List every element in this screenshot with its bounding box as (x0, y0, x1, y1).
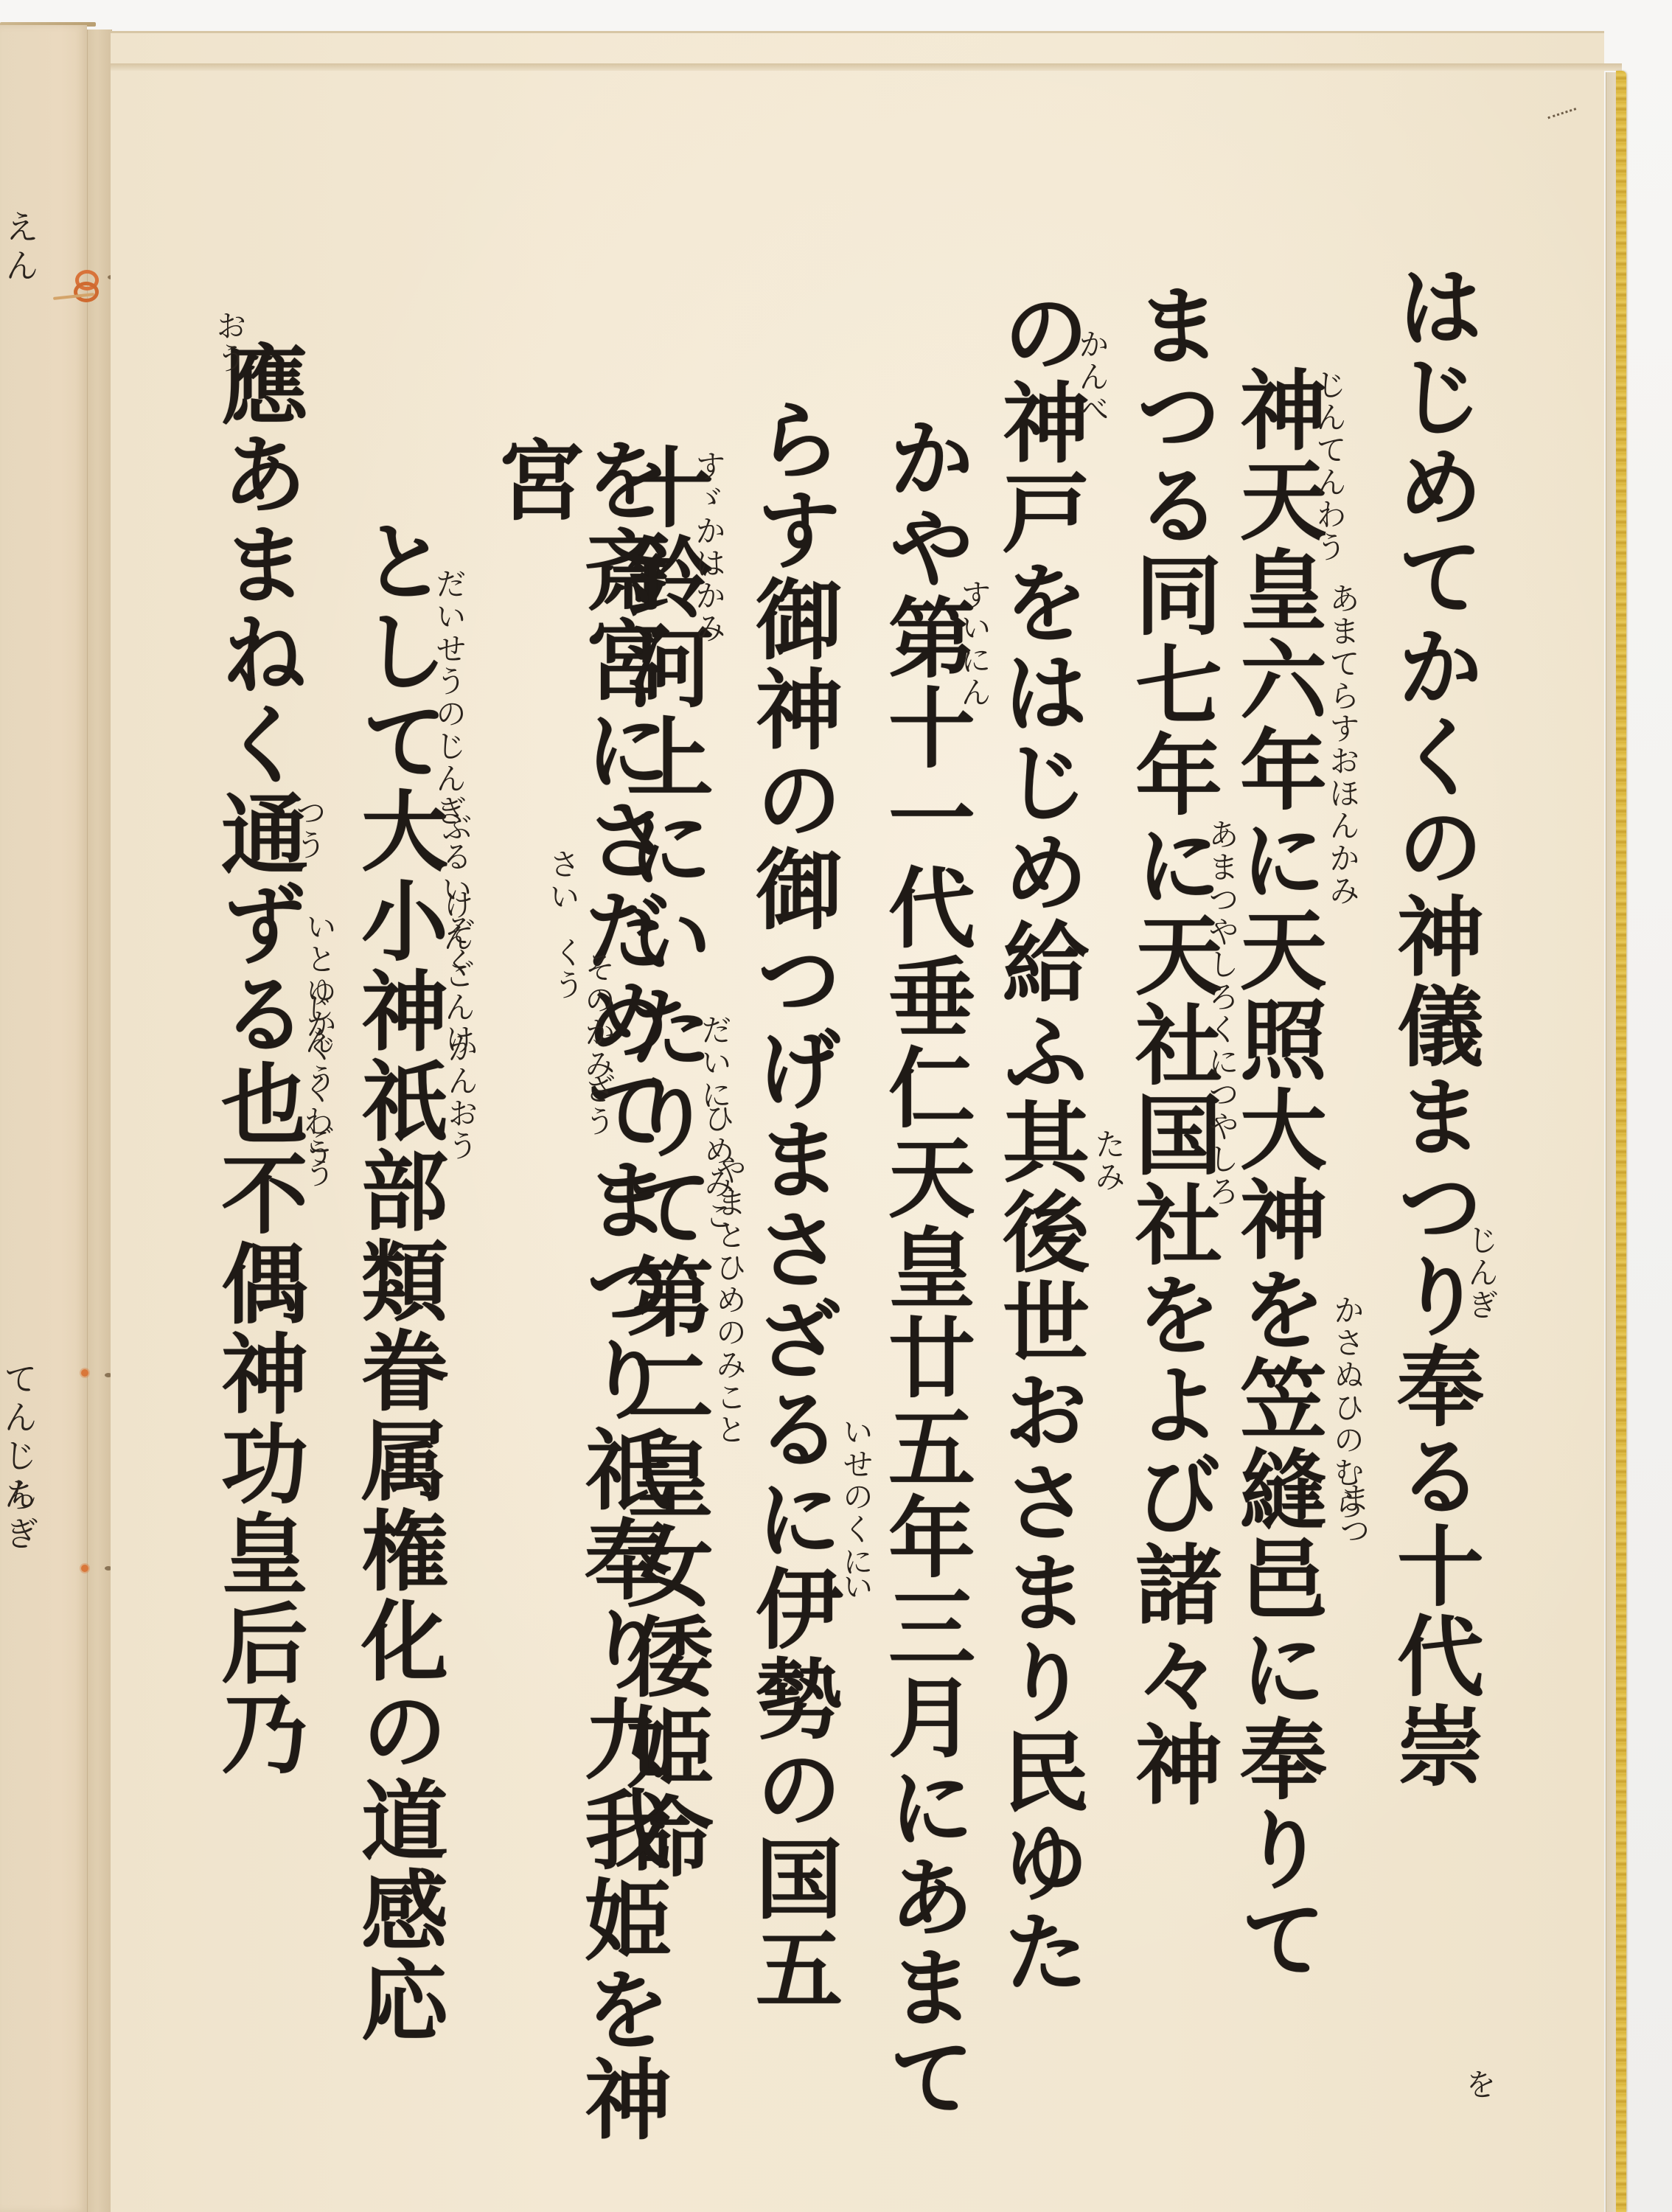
furigana: ざう (582, 1073, 613, 1138)
text-column-3: まつる同七年に天社国社をよび諸々神 (1128, 280, 1215, 1809)
text-column-2: 神天皇六年に天照大神を笠縫邑に奉りて (1233, 365, 1320, 1984)
left-page: えん てんじん ちぎ (0, 25, 87, 2212)
right-page-top-edge (111, 63, 1622, 71)
furigana: まつ (1337, 1482, 1368, 1547)
furigana: すゞかはかみ (693, 450, 724, 644)
binding-thread (81, 1369, 88, 1377)
binding-gutter (87, 29, 112, 2212)
text-column-4: の神戸をはじめ給ふ其後世おさまり民ゆた (995, 288, 1082, 1997)
furigana: じんてんわう (1314, 369, 1345, 563)
furigana: あまつやしろくにつやしろ (1206, 818, 1237, 1208)
furigana: つう (293, 796, 324, 861)
furigana: さい (547, 848, 578, 913)
furigana: たみ (1093, 1128, 1124, 1193)
furigana: そのかみ (582, 951, 613, 1081)
page-fore-edge (1606, 72, 1617, 2212)
text-column-8: を斎宮にさだめてまつり祇奉り九我姫を神宮 (490, 435, 664, 2212)
left-page-furigana: えん (3, 209, 37, 286)
furigana: おう (214, 310, 245, 375)
gold-edge-binding (1616, 71, 1626, 2212)
text-column-10: 應あまねく通ずる也不偶神功皇后乃 (214, 339, 301, 1778)
furigana: じんぎ (1466, 1224, 1497, 1321)
furigana: いせのくに (840, 1416, 871, 1578)
furigana: ごう (302, 1124, 333, 1189)
furigana: やまとひめのみこと (714, 1154, 745, 1446)
furigana: かんおう (445, 1032, 476, 1162)
text-column-5: かや第十一代垂仁天皇廿五年三月にあまて (881, 413, 968, 2122)
furigana: ぶ (439, 811, 470, 844)
text-column-1: はじめてかくの神儀まつり奉る十代崇 (1390, 262, 1477, 1791)
furigana: くう (551, 936, 582, 1001)
furigana: だいせうのじんぎ (433, 568, 464, 827)
furigana: かんべ (1076, 328, 1107, 425)
furigana: あまてらすおほんかみ (1327, 582, 1358, 907)
text-column-9: として大小神祇部類眷属権化の道感応 (354, 516, 441, 2045)
text-column-6: らす御神の御つげまさざるに伊勢の国五 (748, 394, 835, 2014)
left-page-furigana: ちぎ (3, 1478, 37, 1554)
furigana: だいに (699, 1014, 730, 1111)
binding-thread (81, 1565, 88, 1572)
binding-thread-knot (53, 270, 97, 302)
furigana: すいにん (958, 579, 989, 709)
furigana: い (840, 1571, 871, 1603)
furigana: を (1463, 2068, 1494, 2101)
